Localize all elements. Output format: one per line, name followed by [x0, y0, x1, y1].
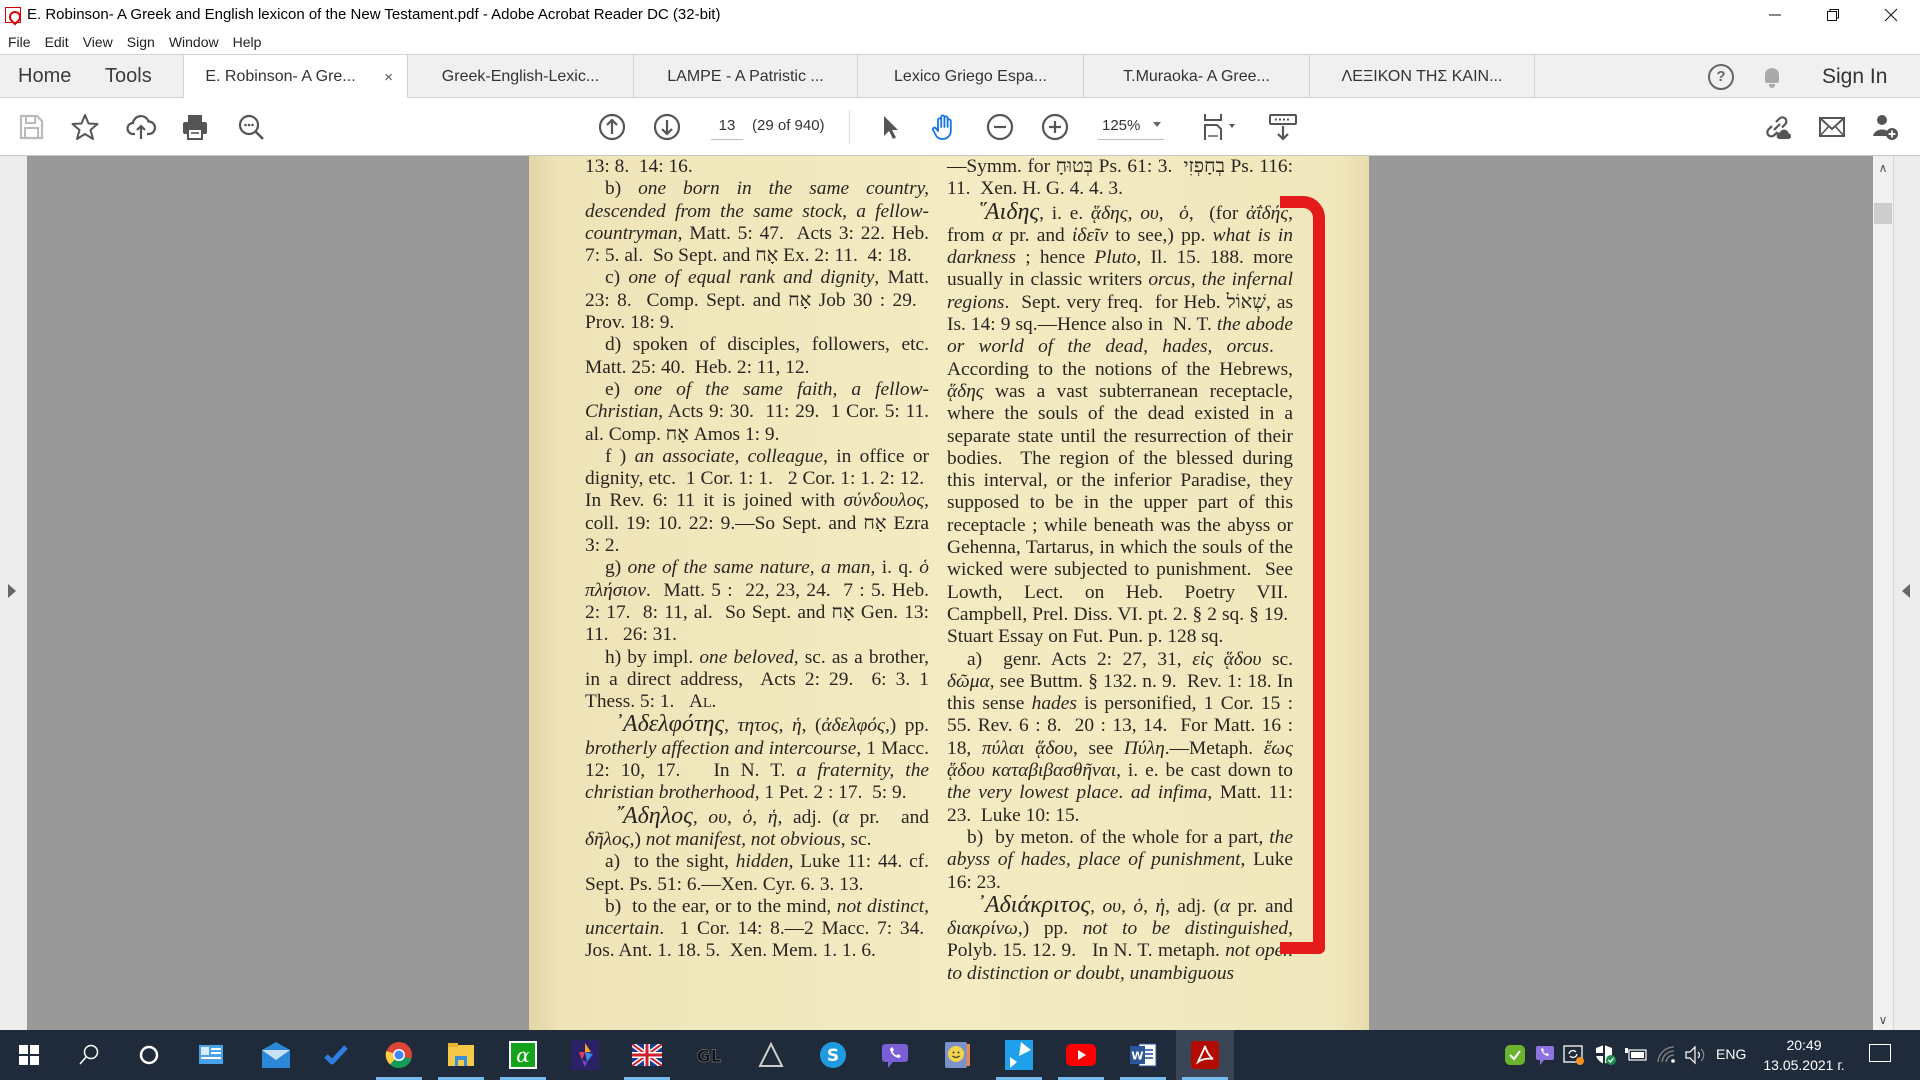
start-button[interactable]	[0, 1030, 58, 1080]
save-icon	[16, 112, 46, 142]
red-bracket-annotation	[1280, 196, 1325, 954]
taskbar-smiley-book[interactable]	[928, 1030, 986, 1080]
sign-in-button[interactable]: Sign In	[1822, 55, 1887, 98]
doc-tab-lexikon[interactable]: ΛΕΞΙΚΟΝ ΤΗΣ ΚΑΙΝ...	[1310, 55, 1535, 98]
taskbar-alpha-app[interactable]: α	[494, 1030, 552, 1080]
entry-paragraph: f ) an associate, colleague, in office o…	[585, 446, 929, 557]
search-text-icon	[236, 112, 266, 142]
svg-text:W: W	[1131, 1050, 1143, 1063]
lexicon-entry: ῞Αιδης, i. e. ᾅδης, ου, ὁ, (for ἀΐδής, f…	[947, 201, 1293, 649]
svg-text:GL: GL	[697, 1047, 722, 1066]
scroll-mode-button[interactable]	[1266, 110, 1300, 144]
email-icon	[1817, 112, 1847, 142]
minimize-button[interactable]	[1746, 0, 1804, 29]
taskbar-search-button[interactable]	[60, 1030, 118, 1080]
pdf-page: 13: 8. 14: 16.b) one born in the same co…	[529, 156, 1369, 1030]
email-button[interactable]	[1815, 110, 1849, 144]
doc-tab-label: T.Muraoka- A Gree...	[1123, 68, 1270, 86]
doc-tab-label: E. Robinson- A Gre...	[205, 68, 355, 86]
battery-icon	[1625, 1048, 1647, 1062]
lexicon-entry: ᾿Αδιάκριτος, ου, ὁ, ἡ, adj. (α pr. and δ…	[947, 894, 1293, 985]
taskbar-delta-app[interactable]	[742, 1030, 800, 1080]
star-icon	[70, 112, 100, 142]
scroll-down-icon	[1268, 112, 1298, 142]
doc-tab-lampe[interactable]: LAMPE - A Patristic ...	[634, 55, 858, 98]
help-icon: ?	[1708, 64, 1734, 90]
taskbar-acrobat[interactable]	[1176, 1030, 1234, 1080]
lexicon-entry: ῎Αδηλος, ου, ὁ, ἡ, adj. (α pr. and δῆλος…	[585, 805, 929, 852]
doc-tab-lexico-griego[interactable]: Lexico Griego Espa...	[858, 55, 1084, 98]
help-button[interactable]: ?	[1708, 55, 1734, 98]
entry-paragraph: h) by impl. one beloved, sc. as a brothe…	[585, 647, 929, 714]
viber-icon	[881, 1040, 909, 1070]
tray-wifi[interactable]	[1656, 1030, 1678, 1080]
svg-text:α: α	[516, 1043, 530, 1067]
alpha-app-icon: α	[509, 1041, 537, 1069]
add-user-button[interactable]	[1868, 110, 1902, 144]
folder-icon	[447, 1042, 475, 1068]
toolbar: 13 (29 of 940) 125%	[0, 98, 1920, 156]
chevron-down-icon[interactable]	[1153, 122, 1161, 127]
toolbar-divider	[849, 110, 850, 144]
hand-tool-button[interactable]	[927, 110, 961, 144]
lexicon-entry: ᾿Αδελφότης, τητος, ἡ, (ἀδελφός,) pp. bro…	[585, 713, 929, 804]
sign-in-label: Sign In	[1822, 65, 1887, 89]
window-controls	[1746, 0, 1920, 29]
tray-volume[interactable]	[1684, 1030, 1708, 1080]
mail-icon	[261, 1042, 291, 1068]
control-panel-icon	[198, 1043, 224, 1067]
cursor-arrow-icon	[875, 112, 905, 142]
previous-page-button[interactable]	[595, 110, 629, 144]
left-pane-collapsed[interactable]	[0, 156, 27, 1030]
tray-security[interactable]	[1595, 1030, 1617, 1080]
scroll-up-icon[interactable]: ∧	[1873, 158, 1893, 178]
page-number-input[interactable]: 13	[711, 112, 743, 140]
doc-tab-label: Greek-English-Lexic...	[442, 68, 599, 86]
add-user-icon	[1870, 112, 1900, 142]
doc-tab-label: Lexico Griego Espa...	[894, 68, 1047, 86]
vertical-scrollbar[interactable]: ∧ ∨	[1873, 156, 1893, 1030]
bluebird-app-icon	[1005, 1040, 1033, 1070]
tray-green-check[interactable]	[1505, 1030, 1525, 1080]
skype-icon: S	[819, 1041, 847, 1069]
next-page-button[interactable]	[650, 110, 684, 144]
upload-cloud-icon	[126, 112, 156, 142]
taskbar-control-panel[interactable]	[182, 1030, 240, 1080]
word-icon: W	[1129, 1042, 1157, 1068]
viber-tray-icon	[1535, 1044, 1555, 1066]
tab-bar: Home Tools E. Robinson- A Gre... × Greek…	[0, 54, 1920, 98]
find-button[interactable]	[234, 110, 268, 144]
svg-text:S: S	[827, 1046, 839, 1066]
menu-view[interactable]: View	[83, 34, 113, 50]
tab-tools[interactable]: Tools	[105, 55, 152, 98]
taskbar-mail[interactable]	[247, 1030, 305, 1080]
smiley-book-icon	[943, 1040, 971, 1070]
share-link-button[interactable]	[1760, 110, 1794, 144]
entry-paragraph: g) one of the same nature, a man, i. q. …	[585, 557, 929, 646]
entry-paragraph: a) genr. Acts 2: 27, 31, εἰς ᾅδου sc. δῶ…	[947, 649, 1293, 827]
print-icon	[180, 112, 210, 142]
clock-date: 13.05.2021 г.	[1758, 1055, 1850, 1075]
doc-tab-label: ΛΕΞΙΚΟΝ ΤΗΣ ΚΑΙΝ...	[1342, 68, 1503, 86]
title-bar: E. Robinson- A Greek and English lexicon…	[0, 0, 1920, 29]
close-window-button[interactable]	[1862, 0, 1920, 29]
left-text-column: 13: 8. 14: 16.b) one born in the same co…	[585, 156, 929, 963]
tray-battery[interactable]	[1625, 1030, 1647, 1080]
entry-paragraph: b) one born in the same country, descend…	[585, 178, 929, 267]
cortana-button[interactable]	[120, 1030, 178, 1080]
doc-tab-greek-english-lexicon[interactable]: Greek-English-Lexic...	[408, 55, 634, 98]
plus-circle-icon	[1040, 112, 1070, 142]
select-tool-button[interactable]	[873, 110, 907, 144]
colorful-app-icon	[571, 1040, 599, 1070]
taskbar-chrome[interactable]	[370, 1030, 428, 1080]
fit-page-icon	[1201, 112, 1241, 142]
acrobat-icon	[1191, 1041, 1219, 1069]
bookmark-button[interactable]	[68, 110, 102, 144]
print-button[interactable]	[178, 110, 212, 144]
wifi-icon	[1656, 1045, 1678, 1065]
share-link-icon	[1762, 112, 1792, 142]
menu-sign[interactable]: Sign	[127, 34, 155, 50]
sync-alert-icon	[1563, 1044, 1585, 1066]
doc-tab-robinson[interactable]: E. Robinson- A Gre... ×	[183, 55, 408, 99]
hand-icon	[929, 112, 959, 142]
menu-file[interactable]: File	[8, 34, 31, 50]
minus-circle-icon	[985, 112, 1015, 142]
page-count-label: (29 of 940)	[752, 112, 825, 140]
menu-edit[interactable]: Edit	[45, 34, 69, 50]
restore-button[interactable]	[1804, 0, 1862, 29]
action-center-icon[interactable]	[1869, 1044, 1891, 1062]
input-language[interactable]: ENG	[1716, 1046, 1746, 1062]
window-title: E. Robinson- A Greek and English lexicon…	[27, 6, 720, 23]
document-viewer[interactable]: 13: 8. 14: 16.b) one born in the same co…	[0, 156, 1920, 1030]
speaker-icon	[1684, 1045, 1708, 1065]
expand-right-pane-icon[interactable]	[1902, 584, 1910, 598]
menu-bar: File Edit View Sign Window Help	[0, 29, 1920, 55]
green-check-icon	[1505, 1045, 1525, 1065]
system-clock[interactable]: 20:49 13.05.2021 г.	[1758, 1035, 1850, 1075]
windows-taskbar: α GL S W	[0, 1030, 1920, 1080]
youtube-icon	[1066, 1044, 1096, 1066]
taskbar-keyboard-layout[interactable]	[618, 1030, 676, 1080]
windows-logo-icon	[19, 1045, 39, 1065]
scroll-down-icon[interactable]: ∨	[1873, 1010, 1893, 1030]
taskbar-file-explorer[interactable]	[432, 1030, 490, 1080]
entry-paragraph: e) one of the same faith, a fellow-Chris…	[585, 379, 929, 446]
taskbar-gl-app[interactable]: GL	[680, 1030, 738, 1080]
entry-paragraph: b) to the ear, or to the mind, not disti…	[585, 896, 929, 963]
doc-tab-label: LAMPE - A Patristic ...	[667, 68, 824, 86]
chrome-icon	[385, 1041, 413, 1069]
taskbar-word[interactable]: W	[1114, 1030, 1172, 1080]
clock-time: 20:49	[1758, 1035, 1850, 1055]
page-fit-button[interactable]	[1198, 110, 1244, 144]
bell-icon	[1763, 66, 1781, 88]
shield-icon	[1595, 1044, 1617, 1066]
entry-paragraph: a) to the sight, hidden, Luke 11: 44. cf…	[585, 851, 929, 896]
upload-button[interactable]	[124, 110, 158, 144]
zoom-out-button[interactable]	[983, 110, 1017, 144]
save-button[interactable]	[14, 110, 48, 144]
entry-paragraph: 13: 8. 14: 16.	[585, 156, 929, 178]
notifications-button[interactable]	[1763, 55, 1781, 98]
gl-app-icon: GL	[695, 1044, 723, 1066]
menu-window[interactable]: Window	[169, 34, 219, 50]
search-icon	[78, 1044, 100, 1066]
uk-flag-icon	[632, 1044, 662, 1066]
tray-sync[interactable]	[1563, 1030, 1585, 1080]
acrobat-app-icon	[5, 7, 21, 23]
entry-paragraph: —Symm. for בְּטוּחָ Ps. 61: 3. בְחָפְזִי…	[947, 156, 1293, 201]
doc-tab-muraoka[interactable]: T.Muraoka- A Gree...	[1084, 55, 1310, 98]
tray-viber[interactable]	[1535, 1030, 1555, 1080]
right-pane-collapsed[interactable]	[1893, 156, 1920, 1030]
right-text-column: —Symm. for בְּטוּחָ Ps. 61: 3. בְחָפְזִי…	[947, 156, 1293, 985]
menu-help[interactable]: Help	[233, 34, 262, 50]
expand-left-pane-icon[interactable]	[8, 584, 16, 598]
arrow-down-circle-icon	[652, 112, 682, 142]
taskbar-bluebird-app[interactable]	[990, 1030, 1048, 1080]
taskbar-youtube[interactable]	[1052, 1030, 1110, 1080]
tab-home[interactable]: Home	[18, 55, 71, 98]
close-tab-icon[interactable]: ×	[384, 69, 393, 86]
cortana-icon	[138, 1044, 160, 1066]
taskbar-colorful-app[interactable]	[556, 1030, 614, 1080]
taskbar-skype[interactable]: S	[804, 1030, 862, 1080]
scrollbar-thumb[interactable]	[1874, 203, 1892, 224]
delta-icon	[758, 1042, 784, 1068]
arrow-up-circle-icon	[597, 112, 627, 142]
taskbar-todo[interactable]	[307, 1030, 365, 1080]
entry-paragraph: d) spoken of disciples, followers, etc. …	[585, 334, 929, 379]
todo-check-icon	[323, 1044, 349, 1066]
entry-paragraph: b) by meton. of the whole for a part, th…	[947, 827, 1293, 894]
zoom-in-button[interactable]	[1038, 110, 1072, 144]
taskbar-viber[interactable]	[866, 1030, 924, 1080]
entry-paragraph: c) one of equal rank and dignity, Matt. …	[585, 267, 929, 334]
